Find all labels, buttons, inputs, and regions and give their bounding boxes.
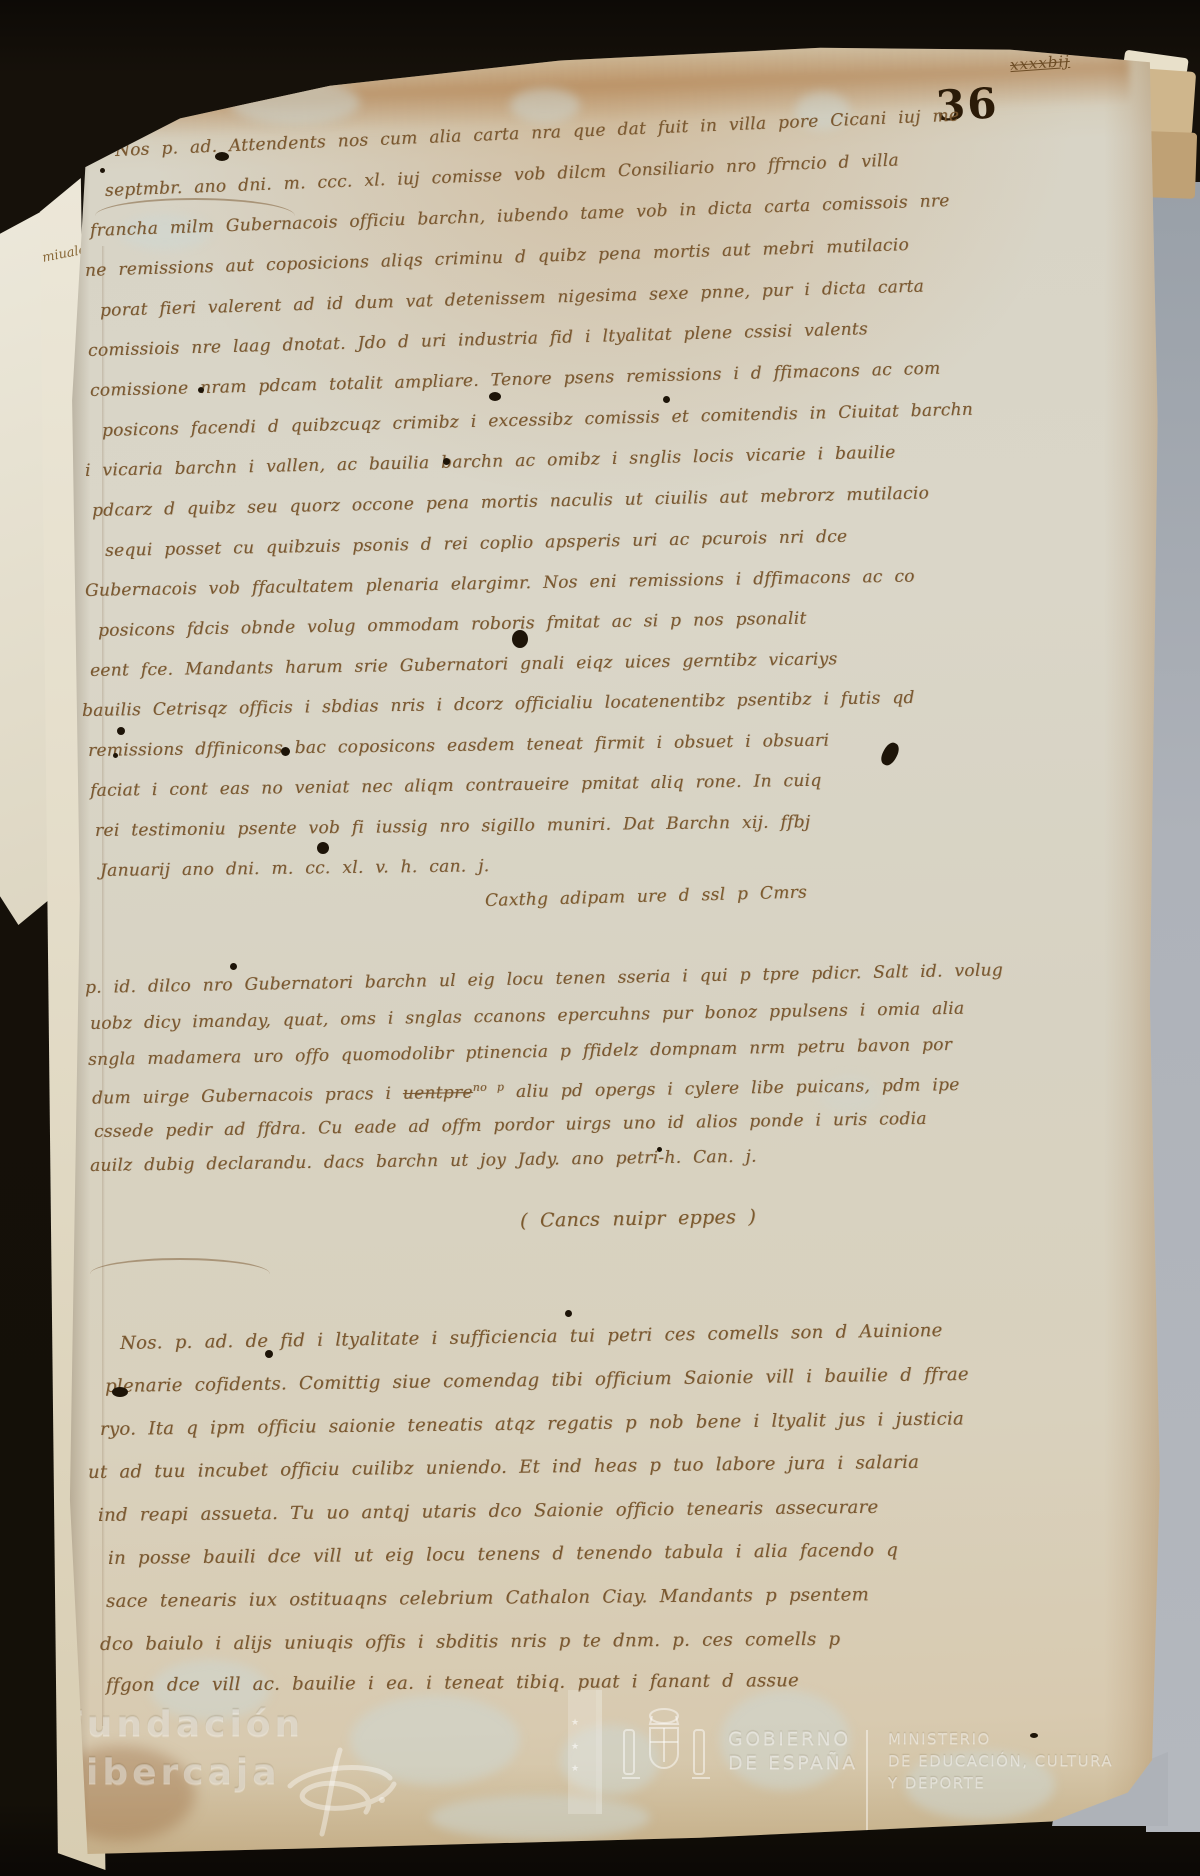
manuscript-line: cssede pedir ad ffdra. Cu eade ad offm p… (94, 1111, 927, 1141)
ink-blot (113, 753, 118, 758)
manuscript-line: comissione nram pdcam totalit ampliare. … (90, 361, 941, 400)
manuscript-line: comissiois nre laag dnotat. Jdo d uri in… (88, 321, 868, 360)
manuscript-line: auilz dubig declarandu. dacs barchn ut j… (90, 1149, 757, 1175)
manuscript-line: p. id. dilco nro Gubernatori barchn ul e… (85, 962, 1003, 997)
manuscript-line: ne remissions aut coposicions aliqs crim… (85, 237, 910, 280)
manuscript-line: in posse bauili dce vill ut eig locu ten… (108, 1542, 898, 1568)
fundacion-watermark-line2: ibercaja (86, 1752, 281, 1793)
manuscript-line: Gubernacois vob ffacultatem plenaria ela… (85, 569, 915, 600)
pen-flourish (90, 1258, 270, 1274)
manuscript-line: ut ad tuu incubet officiu cuilibz uniend… (88, 1454, 919, 1482)
folio-edge (1145, 131, 1197, 199)
ink-blot (215, 152, 229, 161)
star-icon: ★ (571, 1764, 579, 1774)
ink-blot (565, 1310, 572, 1317)
manuscript-line: sequi posset cu quibzuis psonis d rei co… (105, 529, 848, 560)
star-icon: ★ (571, 1718, 579, 1728)
manuscript-line: dco baiulo i alijs uniuqis offis i sbdit… (100, 1631, 840, 1654)
manuscript-line: Januarij ano dni. m. cc. xl. v. h. can. … (100, 858, 490, 880)
ink-blot (663, 396, 670, 403)
manuscript-line: remissions dffinicons bac coposicons eas… (88, 733, 829, 760)
parchment-page: 36 xxxxbij Nos p. ad. Attendents nos cum… (60, 46, 1162, 1854)
ministry-text-line1: MINISTERIO (888, 1730, 991, 1748)
ink-blot (117, 727, 125, 735)
manuscript-line: faciat i cont eas no veniat nec aliqm co… (90, 773, 822, 800)
watermark-divider (866, 1730, 868, 1842)
pen-flourish (95, 198, 295, 216)
spain-coat-of-arms-icon (616, 1702, 712, 1802)
ink-blot (512, 630, 528, 648)
ink-blot (281, 747, 290, 756)
ink-blot (230, 963, 237, 970)
manuscript-line: ind reapi assueta. Tu uo antqj utaris dc… (98, 1499, 879, 1525)
ink-blot (112, 1387, 128, 1397)
manuscript-line: uobz dicy imanday, quat, oms i snglas cc… (90, 1001, 965, 1033)
gobierno-text-line2: DE ESPAÑA (728, 1752, 858, 1774)
ink-blot (317, 842, 329, 854)
ink-blot (489, 392, 501, 401)
manuscript-line: ffgon dce vill ac. bauilie i ea. i tenea… (106, 1672, 799, 1695)
star-icon: ★ (571, 1742, 579, 1752)
manuscript-line: porat fieri valerent ad id dum vat deten… (100, 279, 925, 320)
chancery-note: Caxthg adipam ure d ssl p Cmrs (485, 885, 808, 910)
manuscript-line: posicons fdcis obnde volug ommodam robor… (98, 611, 807, 640)
repair-patch (510, 88, 580, 123)
manuscript-line: i vicaria barchn i vallen, ac bauilia ba… (85, 445, 896, 480)
line-segment: dum uirge Gubernacois pracs i (92, 1084, 403, 1109)
manuscript-line: Nos. p. ad. de fid i ltyalitate i suffic… (120, 1322, 943, 1353)
fundacion-watermark-line1: Fundación (60, 1704, 304, 1745)
ink-blot (265, 1350, 273, 1358)
ibercaja-swirl-icon (282, 1734, 402, 1844)
interlinear-correction: no p (473, 1081, 505, 1094)
gobierno-text-line1: GOBIERNO (728, 1728, 851, 1750)
manuscript-line: sngla madamera uro offo quomodolibr ptin… (88, 1037, 952, 1069)
ministry-text-line3: Y DEPORTE (888, 1774, 985, 1792)
ink-blot (443, 458, 450, 465)
ink-blot (198, 387, 204, 393)
manuscript-line: posicons facendi d quibzcuqz crimibz i e… (102, 402, 973, 440)
ink-blot (1030, 1733, 1038, 1738)
ink-blot (100, 168, 105, 173)
ministry-text-line2: DE EDUCACIÓN, CULTURA (888, 1752, 1113, 1770)
manuscript-line: ryo. Ita q ipm officiu saionie teneatis … (100, 1410, 964, 1439)
manuscript-scan: miuales 36 xxxxbij Nos p. ad. Attendents… (0, 0, 1200, 1876)
chancery-note: ( Cancs nuipr eppes ) (520, 1208, 756, 1231)
manuscript-line: rei testimoniu psente vob fi iussig nro … (95, 814, 811, 840)
manuscript-line: plenarie cofidents. Comittig siue comend… (105, 1366, 969, 1396)
manuscript-line: sace tenearis iux ostituaqns celebrium C… (106, 1586, 869, 1611)
manuscript-line: bauilis Cetrisqz officis i sbdias nris i… (82, 690, 915, 720)
line-segment: aliu pd opergs i cylere libe puicans, pd… (504, 1075, 960, 1102)
ink-blot (115, 136, 121, 142)
struck-word: uentpre (403, 1083, 473, 1104)
repair-patch (230, 80, 360, 125)
ink-blot (657, 1147, 662, 1152)
manuscript-line: pdcarz d quibz seu quorz occone pena mor… (92, 485, 929, 520)
manuscript-line: eent fce. Mandants harum srie Gubernator… (90, 651, 838, 680)
ink-blot (878, 740, 902, 768)
spain-flag-bar: ★ ★ ★ (568, 1690, 602, 1814)
